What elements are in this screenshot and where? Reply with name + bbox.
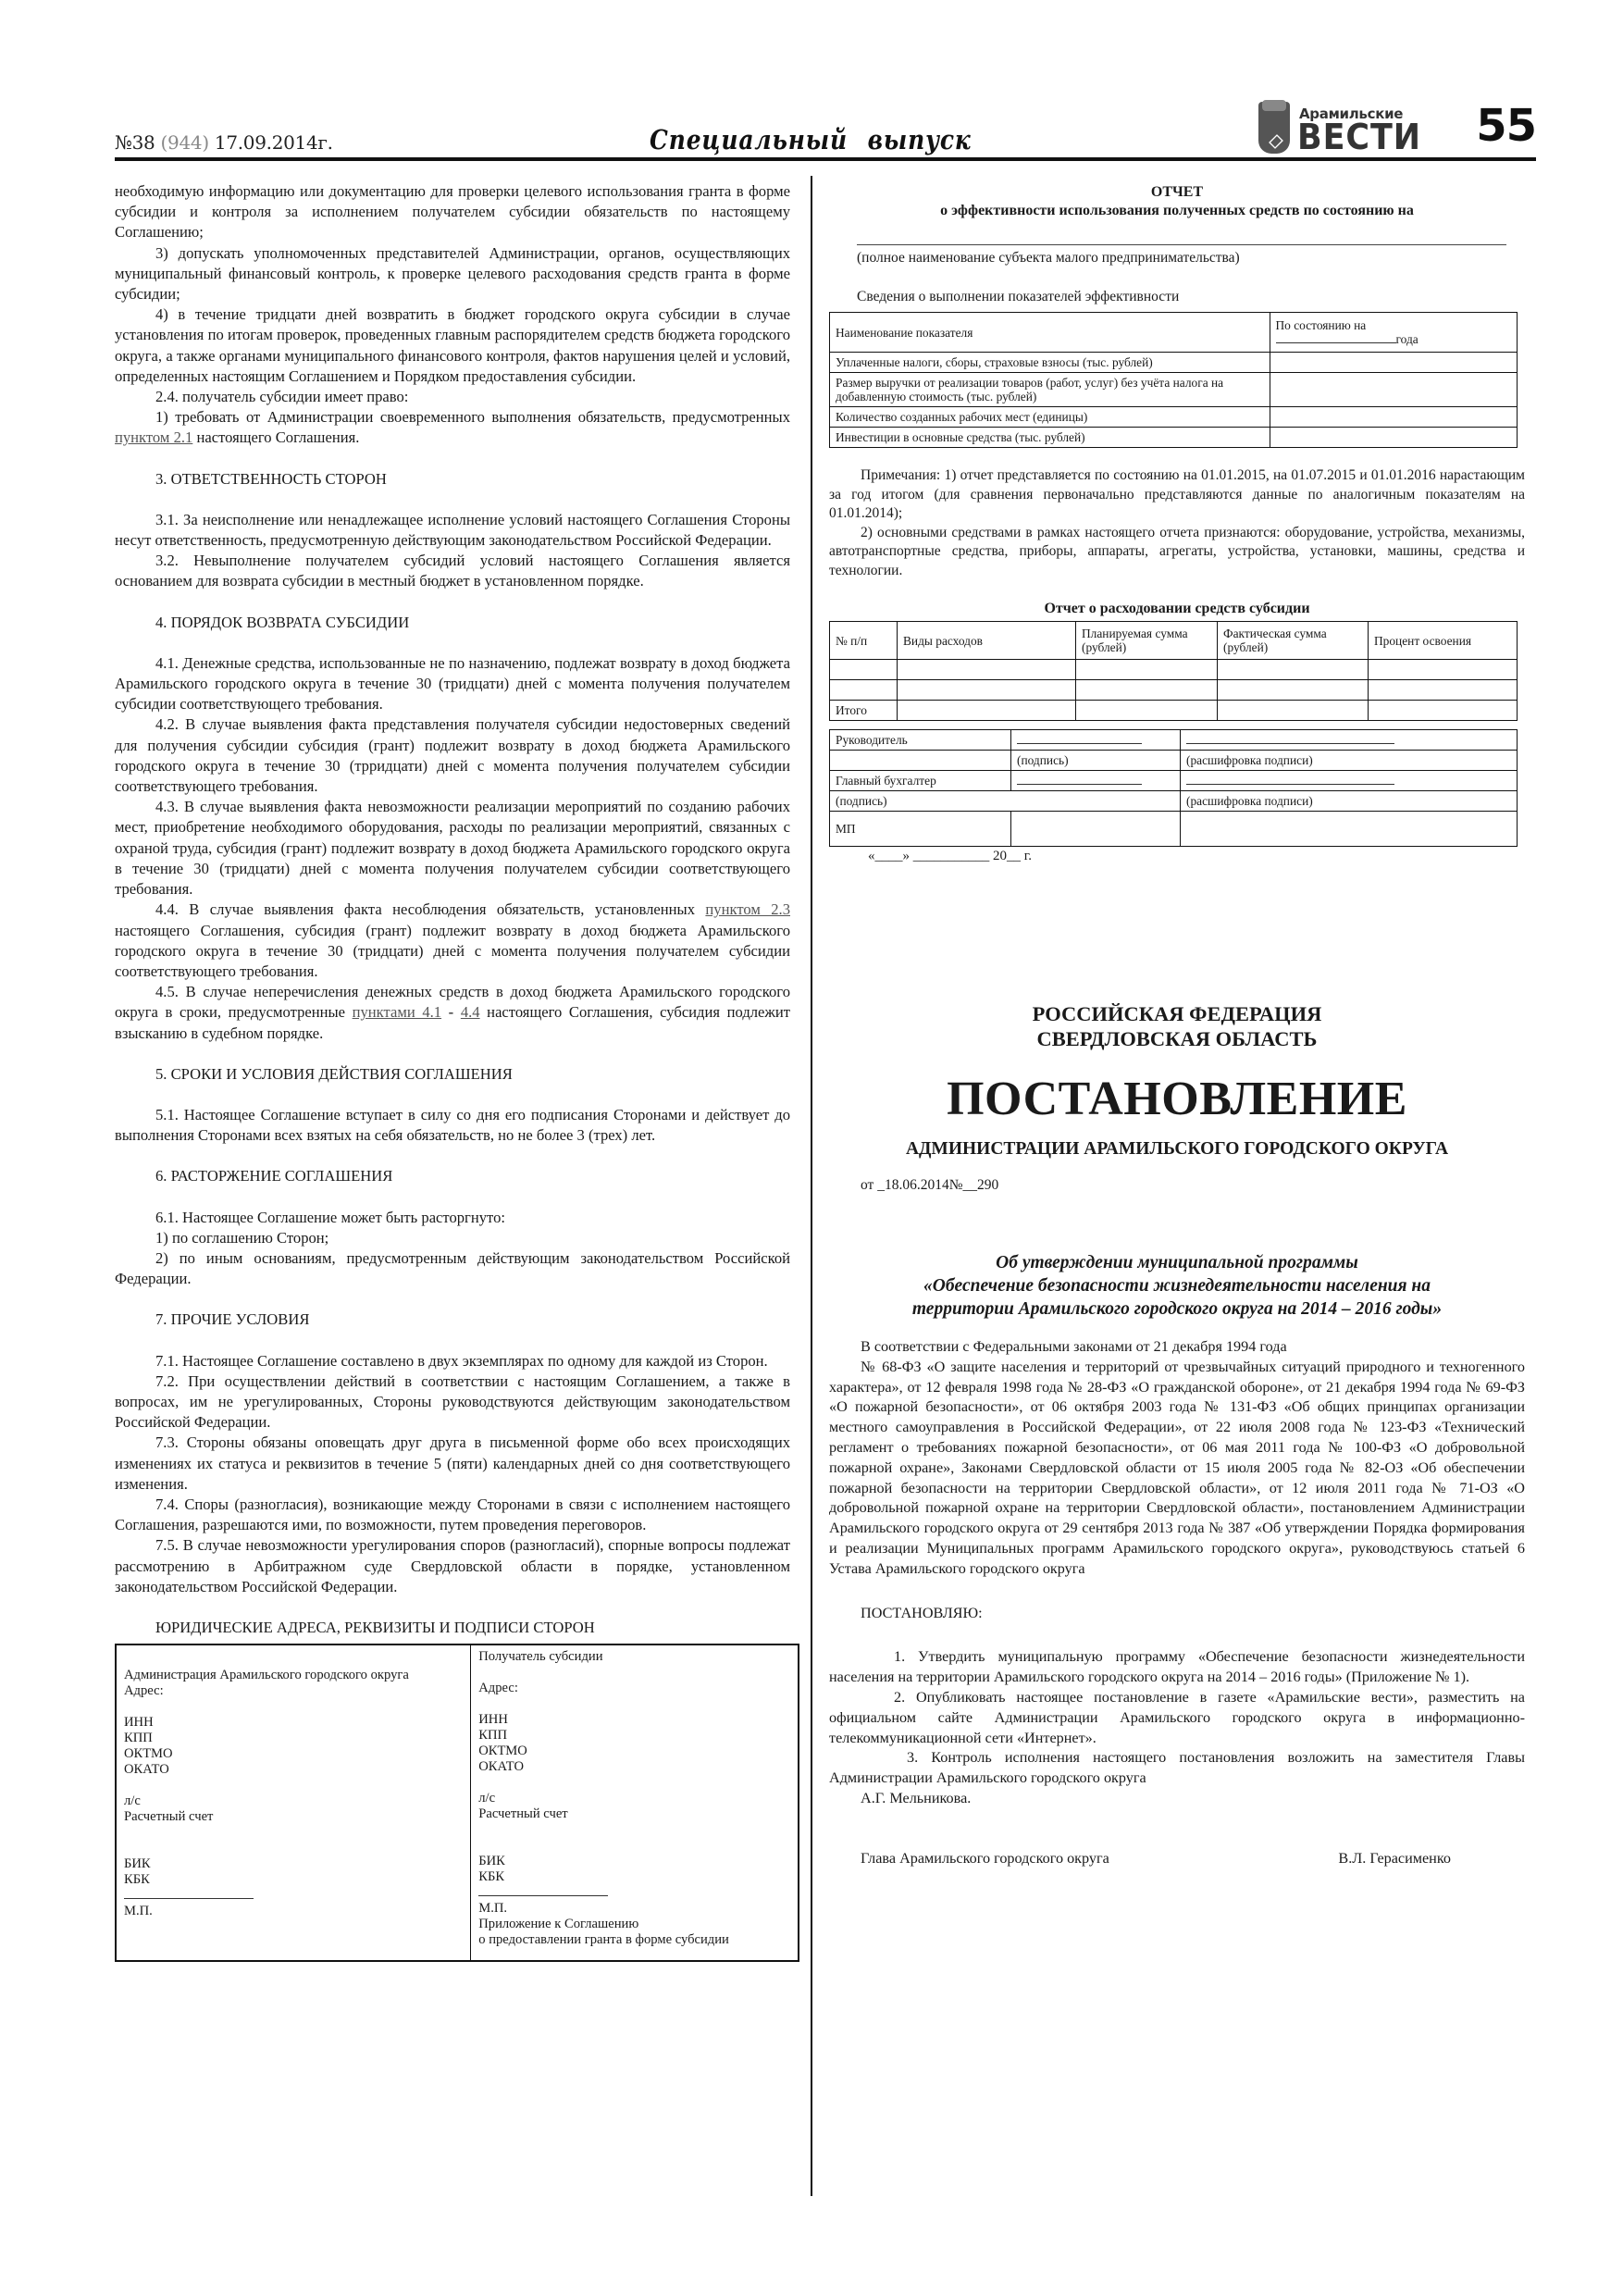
- cell[interactable]: [830, 680, 898, 701]
- note: 2) основными средствами в рамках настоящ…: [829, 524, 1525, 581]
- paragraph: 7.1. Настоящее Соглашение составлено в д…: [115, 1351, 790, 1371]
- subject-line: территории Арамильского городского округ…: [912, 1299, 1442, 1319]
- kbk-label: КБК: [478, 1869, 790, 1885]
- caption: (подпись): [1011, 751, 1181, 771]
- subject-line: Об утверждении муниципальной программы: [996, 1253, 1358, 1272]
- header-cell: Планируемая сумма (рублей): [1076, 622, 1218, 660]
- section-heading: 6. РАСТОРЖЕНИЕ СОГЛАШЕНИЯ: [155, 1166, 790, 1186]
- region-heading: СВЕРДЛОВСКАЯ ОБЛАСТЬ: [829, 1026, 1525, 1051]
- text: 1) требовать от Администрации своевремен…: [155, 408, 790, 426]
- inn-label: ИНН: [478, 1712, 790, 1728]
- paragraph: 4.3. В случае выявления факта невозможно…: [115, 797, 790, 900]
- decode-blank[interactable]: [1186, 736, 1394, 744]
- paragraph: 1) по соглашению Сторон;: [115, 1228, 790, 1248]
- caption: (подпись): [830, 791, 1181, 812]
- year-blank[interactable]: [1276, 333, 1396, 343]
- coat-of-arms-icon: [1258, 102, 1290, 154]
- preamble: В соответствии с Федеральными законами о…: [829, 1337, 1525, 1358]
- newspaper-logo: Арамильские ВЕСТИ: [1258, 102, 1425, 155]
- cell[interactable]: [1076, 660, 1218, 680]
- paragraph: 3.2. Невыполнение получателем субсидий у…: [115, 551, 790, 591]
- signature-blank[interactable]: [1017, 736, 1142, 744]
- paragraph: 7.2. При осуществлении действий в соотве…: [115, 1371, 790, 1433]
- paragraph: 2) по иным основаниям, предусмотренным д…: [115, 1248, 790, 1289]
- table-row: Инвестиции в основные средства (тыс. руб…: [830, 428, 1518, 448]
- kbk-label: КБК: [124, 1872, 463, 1888]
- indicator-value[interactable]: [1270, 353, 1517, 373]
- spend-report-title: Отчет о расходовании средств субсидии: [829, 601, 1525, 617]
- indicator-name: Уплаченные налоги, сборы, страховые взно…: [830, 353, 1270, 373]
- notes: Примечания: 1) отчет представляется по с…: [829, 466, 1525, 580]
- kpp-label: КПП: [124, 1731, 463, 1746]
- address-label: Адрес:: [124, 1683, 463, 1699]
- section-heading: ЮРИДИЧЕСКИЕ АДРЕСА, РЕКВИЗИТЫ И ПОДПИСИ …: [155, 1618, 790, 1638]
- text: -: [441, 1003, 461, 1021]
- decree-item: 3. Контроль исполнения настоящего постан…: [829, 1748, 1525, 1789]
- paragraph: 7.5. В случае невозможности урегулирован…: [115, 1535, 790, 1597]
- paragraph: 4) в течение тридцати дней возвратить в …: [115, 304, 790, 387]
- decree-item: 1. Утвердить муниципальную программу «Об…: [829, 1647, 1525, 1688]
- kpp-label: КПП: [478, 1728, 790, 1744]
- resolve-heading: ПОСТАНОВЛЯЮ:: [861, 1604, 1525, 1624]
- signature-line: [478, 1888, 608, 1896]
- role-label: Руководитель: [830, 730, 1011, 751]
- indicators-caption: Сведения о выполнении показателей эффект…: [857, 288, 1525, 306]
- table-row: (подпись) (расшифровка подписи): [830, 791, 1518, 812]
- paragraph: 6.1. Настоящее Соглашение может быть рас…: [115, 1208, 790, 1228]
- preamble: № 68-ФЗ «О защите населения и территорий…: [829, 1358, 1525, 1580]
- oktmo-label: ОКТМО: [124, 1746, 463, 1762]
- paragraph: 7.4. Споры (разногласия), возникающие ме…: [115, 1495, 790, 1535]
- bik-label: БИК: [478, 1854, 790, 1869]
- decree-signature: Глава Арамильского городского округа В.Л…: [861, 1850, 1451, 1868]
- inn-label: ИНН: [124, 1715, 463, 1731]
- cell[interactable]: [1218, 680, 1369, 701]
- indicator-value[interactable]: [1270, 428, 1517, 448]
- header-cell: Фактическая сумма (рублей): [1218, 622, 1369, 660]
- report-title: ОТЧЕТ: [829, 183, 1525, 202]
- indicator-value[interactable]: [1270, 407, 1517, 428]
- decree-item: 2. Опубликовать настоящее постановление …: [829, 1688, 1525, 1748]
- indicator-name: Инвестиции в основные средства (тыс. руб…: [830, 428, 1270, 448]
- ls-label: л/с: [124, 1793, 463, 1809]
- decree-subject: Об утверждении муниципальной программы «…: [829, 1251, 1525, 1321]
- decree-date-number: от _18.06.2014№__290: [861, 1177, 1525, 1194]
- paragraph: 2.4. получатель субсидии имеет право:: [115, 387, 790, 407]
- section-heading: 7. ПРОЧИЕ УСЛОВИЯ: [155, 1309, 790, 1330]
- appendix-label: Приложение к Соглашению: [478, 1917, 790, 1932]
- paragraph: 4.4. В случае выявления факта несоблюден…: [115, 900, 790, 982]
- table-row: Уплаченные налоги, сборы, страховые взно…: [830, 353, 1518, 373]
- section-heading: 4. ПОРЯДОК ВОЗВРАТА СУБСИДИИ: [155, 613, 790, 633]
- spend-table: № п/п Виды расходов Планируемая сумма (р…: [829, 621, 1518, 721]
- cell[interactable]: [1218, 701, 1369, 721]
- issue-info: №38 (944) 17.09.2014г.: [115, 131, 333, 154]
- issue-date: 17.09.2014г.: [215, 131, 333, 154]
- signature-blank[interactable]: [1017, 776, 1142, 785]
- cell[interactable]: [898, 680, 1076, 701]
- paragraph: 3.1. За неисполнение или ненадлежащее ис…: [115, 510, 790, 551]
- header-cell: Виды расходов: [898, 622, 1076, 660]
- header-cell: № п/п: [830, 622, 898, 660]
- table-row: МП: [830, 812, 1518, 847]
- left-column: необходимую информацию или документацию …: [115, 181, 790, 1962]
- okato-label: ОКАТО: [124, 1762, 463, 1778]
- paragraph: 1) требовать от Администрации своевремен…: [115, 407, 790, 448]
- section-title: Специальный выпуск: [650, 124, 972, 155]
- paragraph: необходимую информацию или документацию …: [115, 181, 790, 243]
- total-row: Итого: [830, 701, 1518, 721]
- signer-name: В.Л. Герасименко: [1338, 1850, 1451, 1868]
- ls-label: л/с: [478, 1791, 790, 1806]
- table-header-row: № п/п Виды расходов Планируемая сумма (р…: [830, 622, 1518, 660]
- bik-label: БИК: [124, 1856, 463, 1872]
- table-row: Размер выручки от реализации товаров (ра…: [830, 373, 1518, 407]
- paragraph: 3) допускать уполномоченных представител…: [115, 243, 790, 305]
- caption: (расшифровка подписи): [1181, 751, 1518, 771]
- header-cell: Процент освоения: [1369, 622, 1518, 660]
- decode-blank[interactable]: [1186, 776, 1394, 785]
- caption: (расшифровка подписи): [1181, 791, 1518, 812]
- indicator-name: Количество созданных рабочих мест (едини…: [830, 407, 1270, 428]
- note: Примечания: 1) отчет представляется по с…: [829, 466, 1525, 524]
- text: настоящего Соглашения, субсидия (грант) …: [115, 922, 790, 980]
- signature-line: [124, 1891, 254, 1899]
- paragraph: 7.3. Стороны обязаны оповещать друг друг…: [115, 1433, 790, 1495]
- indicator-name: Размер выручки от реализации товаров (ра…: [830, 373, 1270, 407]
- administration-heading: АДМИНИСТРАЦИИ АРАМИЛЬСКОГО ГОРОДСКОГО ОК…: [829, 1138, 1525, 1160]
- header-text: По состоянию на: [1276, 318, 1511, 332]
- oktmo-label: ОКТМО: [478, 1744, 790, 1759]
- table-row: (подпись) (расшифровка подписи): [830, 751, 1518, 771]
- stamp-label: МП: [830, 812, 1011, 847]
- table-row: Руководитель: [830, 730, 1518, 751]
- paragraph: 4.1. Денежные средства, использованные н…: [115, 653, 790, 715]
- cell[interactable]: [1369, 660, 1518, 680]
- cell[interactable]: [1076, 680, 1218, 701]
- account-label: Расчетный счет: [478, 1806, 790, 1822]
- link-clause-4-4[interactable]: 4.4: [461, 1003, 480, 1021]
- cell[interactable]: [1369, 680, 1518, 701]
- address-label: Адрес:: [478, 1681, 790, 1696]
- country-heading: РОССИЙСКАЯ ФЕДЕРАЦИЯ: [829, 1001, 1525, 1026]
- org-name: Администрация Арамильского городского ок…: [124, 1668, 463, 1683]
- cell: [830, 751, 1011, 771]
- total-label: Итого: [830, 701, 898, 721]
- okato-label: ОКАТО: [478, 1759, 790, 1775]
- date-line: «____» ___________ 20__ г.: [868, 849, 1525, 864]
- section-heading: 3. ОТВЕТСТВЕННОСТЬ СТОРОН: [155, 469, 790, 490]
- table-row: [830, 660, 1518, 680]
- signature-table: Руководитель (подпись) (расшифровка подп…: [829, 729, 1518, 847]
- cell[interactable]: [1076, 701, 1218, 721]
- text: 4.4. В случае выявления факта несоблюден…: [155, 900, 705, 918]
- paragraph: 4.5. В случае неперечисления денежных ср…: [115, 982, 790, 1044]
- indicator-value[interactable]: [1270, 373, 1517, 407]
- link-clause-4-1[interactable]: пунктами 4.1: [353, 1003, 441, 1021]
- org-name: Получатель субсидии: [478, 1649, 790, 1665]
- text: настоящего Соглашения.: [192, 428, 359, 446]
- page-number: 55: [1476, 100, 1536, 152]
- issue-number: №38: [115, 131, 155, 154]
- indicators-table: Наименование показателя По состоянию на …: [829, 312, 1518, 448]
- table-row: Главный бухгалтер: [830, 771, 1518, 791]
- subject-line: «Обеспечение безопасности жизнедеятельно…: [923, 1276, 1431, 1296]
- issue-total: (944): [161, 131, 209, 154]
- paragraph: 5.1. Настоящее Соглашение вступает в сил…: [115, 1105, 790, 1146]
- header-text: года: [1396, 332, 1419, 346]
- cell[interactable]: [898, 701, 1076, 721]
- decree-title: ПОСТАНОВЛЕНИЕ: [829, 1072, 1525, 1127]
- role-label: Главный бухгалтер: [830, 771, 1011, 791]
- signer-title: Глава Арамильского городского округа: [861, 1850, 1109, 1868]
- report-subtitle: о эффективности использования полученных…: [829, 202, 1525, 220]
- requisites-table: Администрация Арамильского городского ок…: [115, 1644, 799, 1962]
- right-column: ОТЧЕТ о эффективности использования полу…: [829, 181, 1525, 1868]
- cell: [1181, 812, 1518, 847]
- column-divider: [811, 176, 812, 2196]
- table-row: Количество созданных рабочих мест (едини…: [830, 407, 1518, 428]
- link-clause-2-3[interactable]: пунктом 2.3: [705, 900, 790, 918]
- cell[interactable]: [830, 660, 898, 680]
- header-cell: По состоянию на года: [1270, 313, 1517, 353]
- entity-name-caption: (полное наименование субъекта малого пре…: [857, 249, 1525, 267]
- cell[interactable]: [898, 660, 1076, 680]
- stamp-label: М.П.: [478, 1901, 790, 1917]
- section-heading: 5. СРОКИ И УСЛОВИЯ ДЕЙСТВИЯ СОГЛАШЕНИЯ: [155, 1064, 790, 1085]
- link-clause-2-1[interactable]: пунктом 2.1: [115, 428, 192, 446]
- entity-name-field[interactable]: [857, 239, 1506, 245]
- stamp-label: М.П.: [124, 1904, 463, 1919]
- cell: [1011, 812, 1181, 847]
- table-row: [830, 680, 1518, 701]
- cell[interactable]: [1218, 660, 1369, 680]
- deputy-name: А.Г. Мельникова.: [861, 1789, 1525, 1809]
- requisites-administration: Администрация Арамильского городского ок…: [116, 1644, 471, 1961]
- account-label: Расчетный счет: [124, 1809, 463, 1825]
- appendix-label: о предоставлении гранта в форме субсидии: [478, 1932, 790, 1948]
- table-header-row: Наименование показателя По состоянию на …: [830, 313, 1518, 353]
- logo-big-text: ВЕСТИ: [1297, 118, 1421, 155]
- requisites-recipient: Получатель субсидии Адрес: ИНН КПП ОКТМО…: [471, 1644, 799, 1961]
- page-header: №38 (944) 17.09.2014г. Специальный выпус…: [115, 100, 1536, 161]
- header-cell: Наименование показателя: [830, 313, 1270, 353]
- paragraph: 4.2. В случае выявления факта представле…: [115, 714, 790, 797]
- cell[interactable]: [1369, 701, 1518, 721]
